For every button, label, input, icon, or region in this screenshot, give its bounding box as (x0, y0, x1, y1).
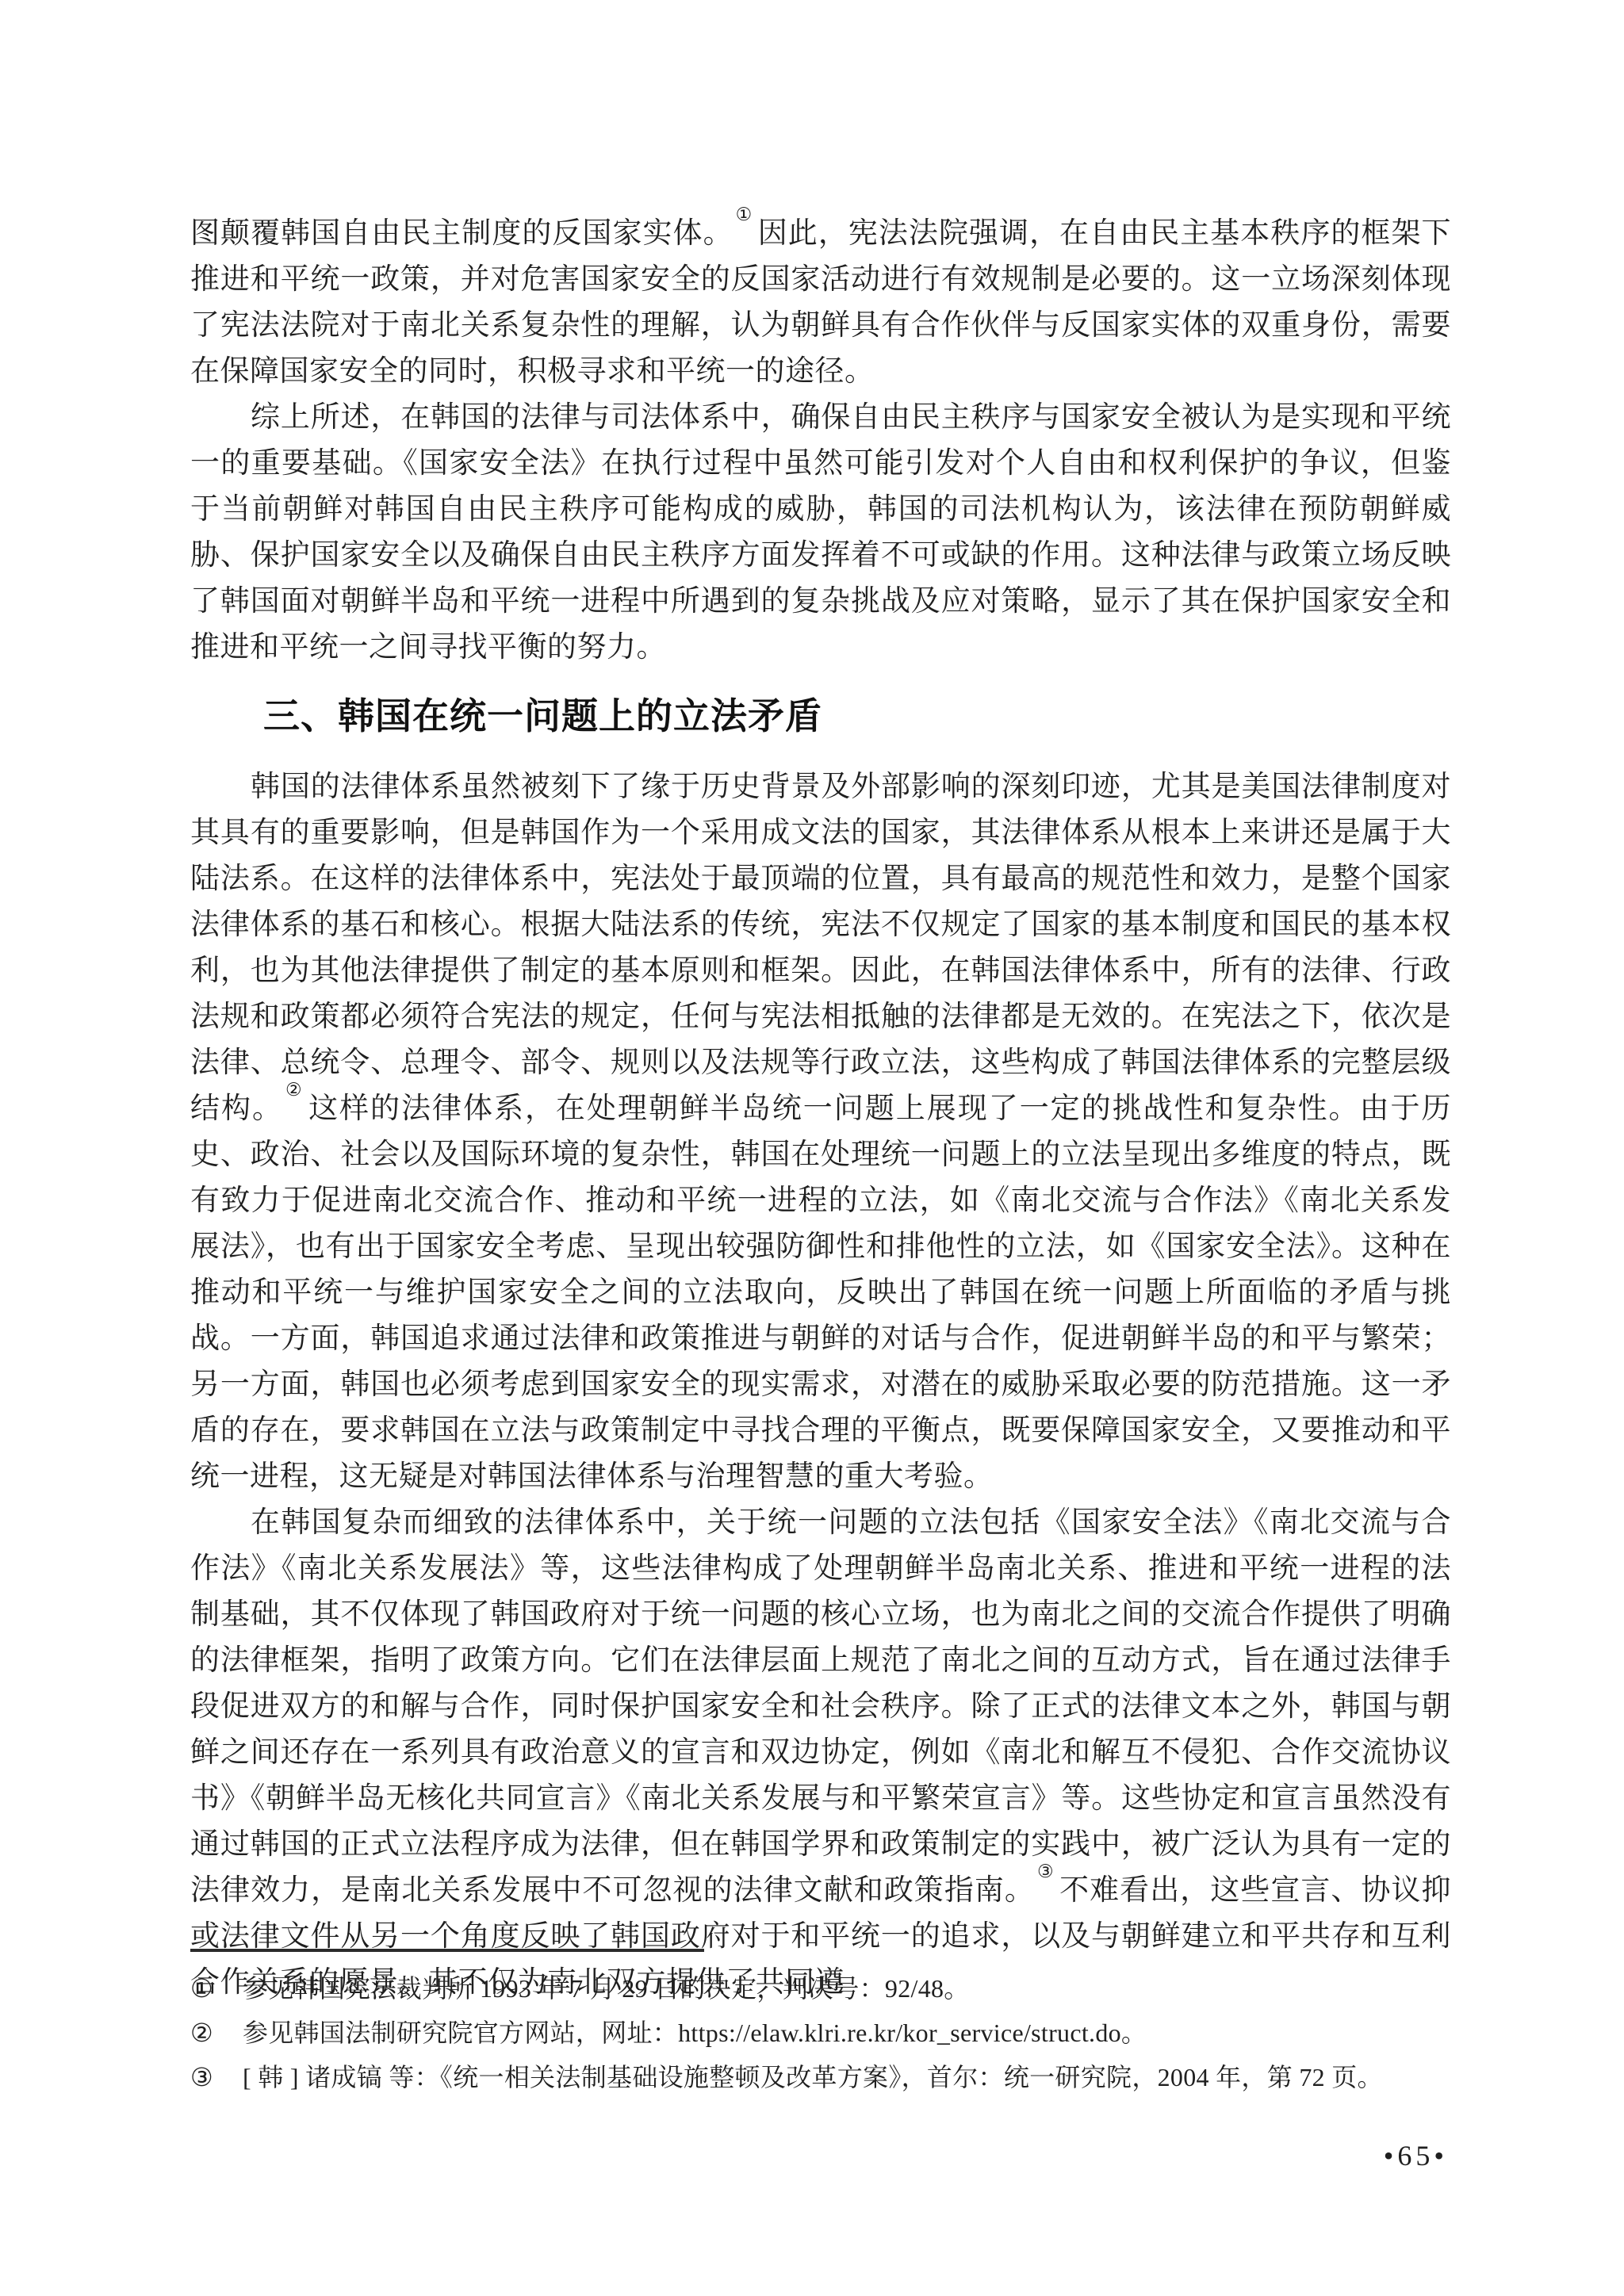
main-text-block: 图颠覆韩国自由民主制度的反国家实体。①因此，宪法法院强调，在自由民主基本秩序的框… (190, 211, 1451, 2006)
document-page: 图颠覆韩国自由民主制度的反国家实体。①因此，宪法法院强调，在自由民主基本秩序的框… (0, 0, 1624, 2296)
footnote-marker: ① (190, 1973, 224, 2004)
footnote-1: ① 参见韩国宪法裁判所 1993 年 7 月 29 日的决定，判决号：92/48… (190, 1973, 1451, 2004)
page-number: •65• (1384, 2139, 1448, 2172)
paragraph-text: 这样的法律体系，在处理朝鲜半岛统一问题上展现了一定的挑战性和复杂性。由于历史、政… (190, 1093, 1451, 1493)
footnote-text: [ 韩 ] 诸成镐 等：《统一相关法制基础设施整顿及改革方案》，首尔：统一研究院… (243, 2061, 1451, 2093)
footnote-marker: ③ (190, 2061, 224, 2093)
footnote-3: ③ [ 韩 ] 诸成镐 等：《统一相关法制基础设施整顿及改革方案》，首尔：统一研… (190, 2061, 1451, 2093)
section-heading: 三、韩国在统一问题上的立法矛盾 (190, 693, 1451, 739)
footnote-text: 参见韩国法制研究院官方网站，网址：https://elaw.klri.re.kr… (243, 2017, 1451, 2049)
body-paragraph-2: 综上所述，在韩国的法律与司法体系中，确保自由民主秩序与国家安全被认为是实现和平统… (190, 395, 1451, 671)
paragraph-text: 在韩国复杂而细致的法律体系中，关于统一问题的立法包括《国家安全法》《南北交流与合… (190, 1506, 1451, 1907)
footnote-text: 参见韩国宪法裁判所 1993 年 7 月 29 日的决定，判决号：92/48。 (243, 1973, 1451, 2004)
footnote-ref: ② (285, 1080, 303, 1100)
paragraph-text: 图颠覆韩国自由民主制度的反国家实体。 (190, 217, 733, 250)
footnotes-section: ① 参见韩国宪法裁判所 1993 年 7 月 29 日的决定，判决号：92/48… (190, 1949, 1451, 2106)
body-paragraph-4: 在韩国复杂而细致的法律体系中，关于统一问题的立法包括《国家安全法》《南北交流与合… (190, 1500, 1451, 2006)
footnote-ref: ① (736, 205, 753, 224)
body-paragraph-3: 韩国的法律体系虽然被刻下了缘于历史背景及外部影响的深刻印迹，尤其是美国法律制度对… (190, 764, 1451, 1500)
footnote-ref: ③ (1037, 1862, 1054, 1881)
paragraph-text: 韩国的法律体系虽然被刻下了缘于历史背景及外部影响的深刻印迹，尤其是美国法律制度对… (190, 771, 1451, 1125)
footnote-2: ② 参见韩国法制研究院官方网站，网址：https://elaw.klri.re.… (190, 2017, 1451, 2049)
footnote-marker: ② (190, 2017, 224, 2049)
paragraph-text: 综上所述，在韩国的法律与司法体系中，确保自由民主秩序与国家安全被认为是实现和平统… (190, 401, 1451, 664)
footnote-divider (190, 1949, 704, 1952)
body-paragraph-1: 图颠覆韩国自由民主制度的反国家实体。①因此，宪法法院强调，在自由民主基本秩序的框… (190, 211, 1451, 395)
